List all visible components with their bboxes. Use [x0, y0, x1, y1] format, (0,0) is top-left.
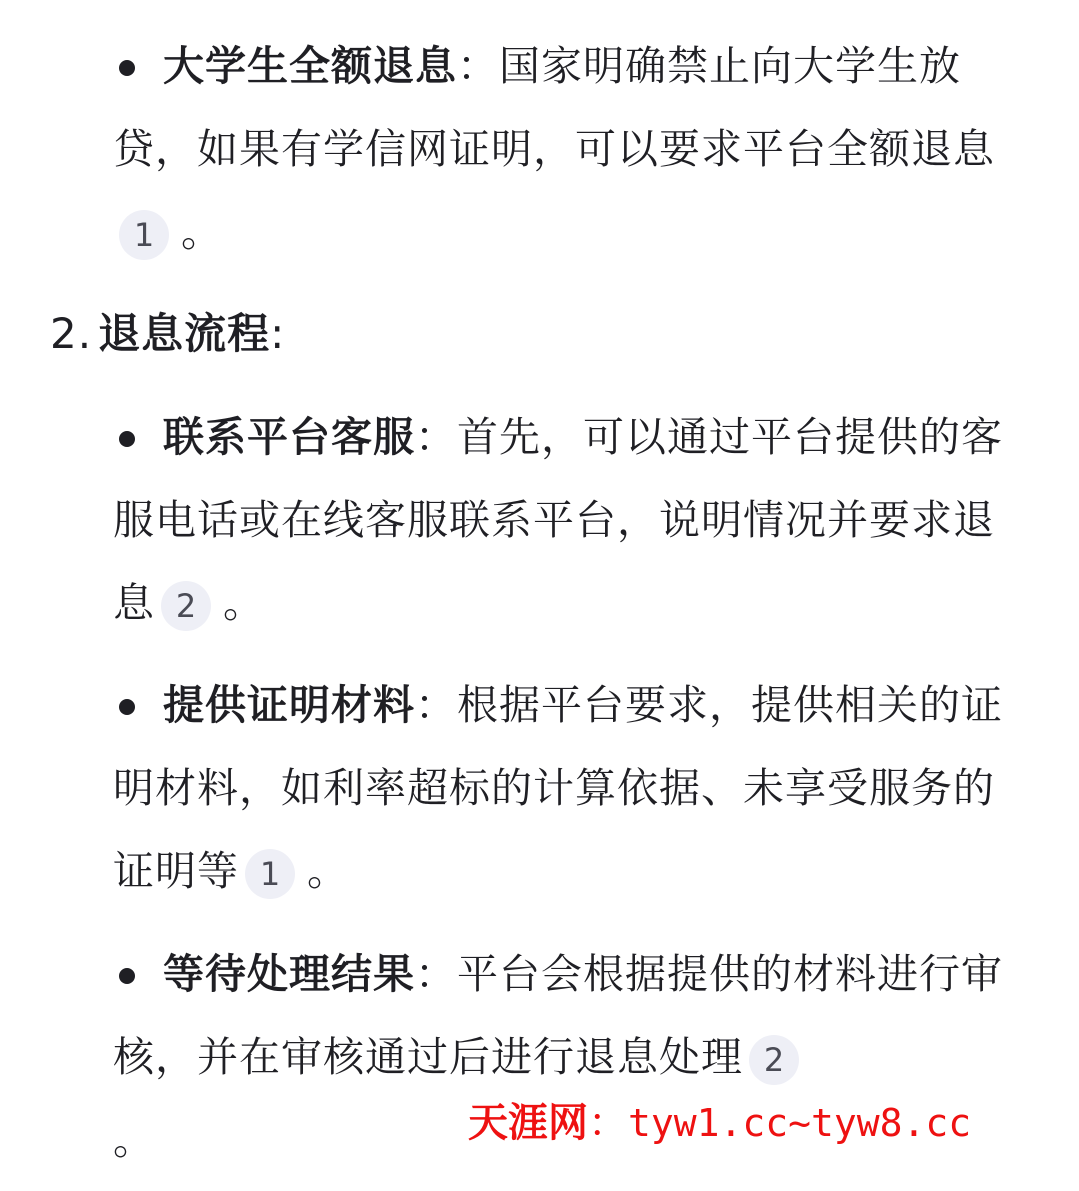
list-number: 2.	[50, 309, 92, 358]
citation-badge[interactable]: 2	[161, 581, 211, 631]
item-title: 大学生全额退息	[163, 42, 457, 90]
item-separator: ：	[457, 42, 499, 90]
section-heading-refund-process: 2.退息流程:	[50, 292, 285, 375]
watermark-url: tyw1.cc~tyw8.cc	[628, 1101, 971, 1145]
heading-separator: :	[270, 309, 285, 358]
citation-badge[interactable]: 1	[119, 210, 169, 260]
item-end: 。	[223, 579, 265, 627]
list-item-contact-support: 联系平台客服：首先，可以通过平台提供的客服电话或在线客服联系平台，说明情况并要求…	[113, 396, 1033, 645]
bullet-icon	[119, 60, 135, 76]
citation-badge[interactable]: 1	[245, 849, 295, 899]
item-end: 。	[307, 847, 349, 895]
watermark: 天涯网：tyw1.cc~tyw8.cc	[468, 1097, 971, 1149]
watermark-site-name: 天涯网	[468, 1099, 588, 1146]
item-end: 。	[113, 1116, 155, 1164]
item-title: 联系平台客服	[163, 413, 415, 461]
bullet-icon	[119, 968, 135, 984]
item-separator: ：	[415, 413, 457, 461]
citation-badge[interactable]: 2	[749, 1035, 799, 1085]
item-end: 。	[181, 208, 223, 256]
item-title: 等待处理结果	[163, 950, 415, 998]
item-title: 提供证明材料	[163, 681, 415, 729]
item-separator: ：	[415, 950, 457, 998]
heading-title: 退息流程	[98, 309, 270, 358]
list-item-student-refund: 大学生全额退息：国家明确禁止向大学生放贷，如果有学信网证明，可以要求平台全额退息…	[113, 25, 1033, 274]
item-separator: ：	[415, 681, 457, 729]
list-item-provide-proof: 提供证明材料：根据平台要求，提供相关的证明材料，如利率超标的计算依据、未享受服务…	[113, 664, 1033, 913]
bullet-icon	[119, 699, 135, 715]
watermark-separator: ：	[588, 1100, 628, 1146]
bullet-icon	[119, 431, 135, 447]
